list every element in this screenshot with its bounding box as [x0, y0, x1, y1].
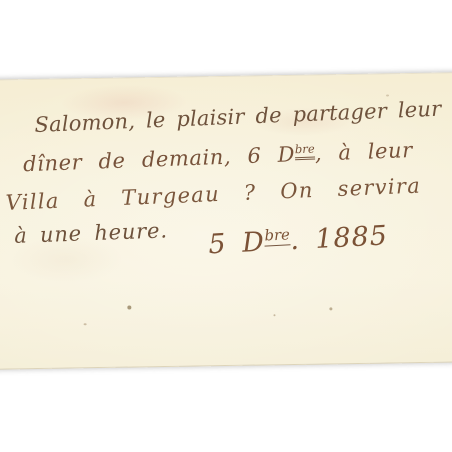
- scan-background: Salomon, le plaisir de partager leur dîn…: [0, 0, 452, 452]
- note-card: Salomon, le plaisir de partager leur dîn…: [0, 72, 452, 370]
- date-line: 5 Dbre. 1885: [208, 222, 389, 258]
- date-year: . 1885: [289, 220, 388, 256]
- age-spot: [84, 323, 87, 325]
- date-superscript-abbreviation: bre: [264, 225, 290, 246]
- date-text: 5 D: [208, 227, 266, 261]
- age-spot: [127, 305, 131, 309]
- handwriting-line-1: Salomon, le plaisir de partager leur: [34, 99, 442, 136]
- handwriting-line-3: Villa à Turgeau ? On servira: [5, 176, 421, 214]
- age-spot: [329, 307, 332, 310]
- handwriting-line-4: à une heure.: [14, 220, 168, 247]
- superscript-abbreviation: bre: [295, 142, 315, 161]
- handwriting-line-2-text: dîner de demain, 6 D: [23, 142, 296, 176]
- handwriting-line-2-tail: , à leur: [314, 138, 413, 166]
- handwriting-line-2: dîner de demain, 6 Dbre, à leur: [23, 140, 413, 175]
- age-spot: [273, 314, 275, 316]
- age-spot: [386, 94, 389, 96]
